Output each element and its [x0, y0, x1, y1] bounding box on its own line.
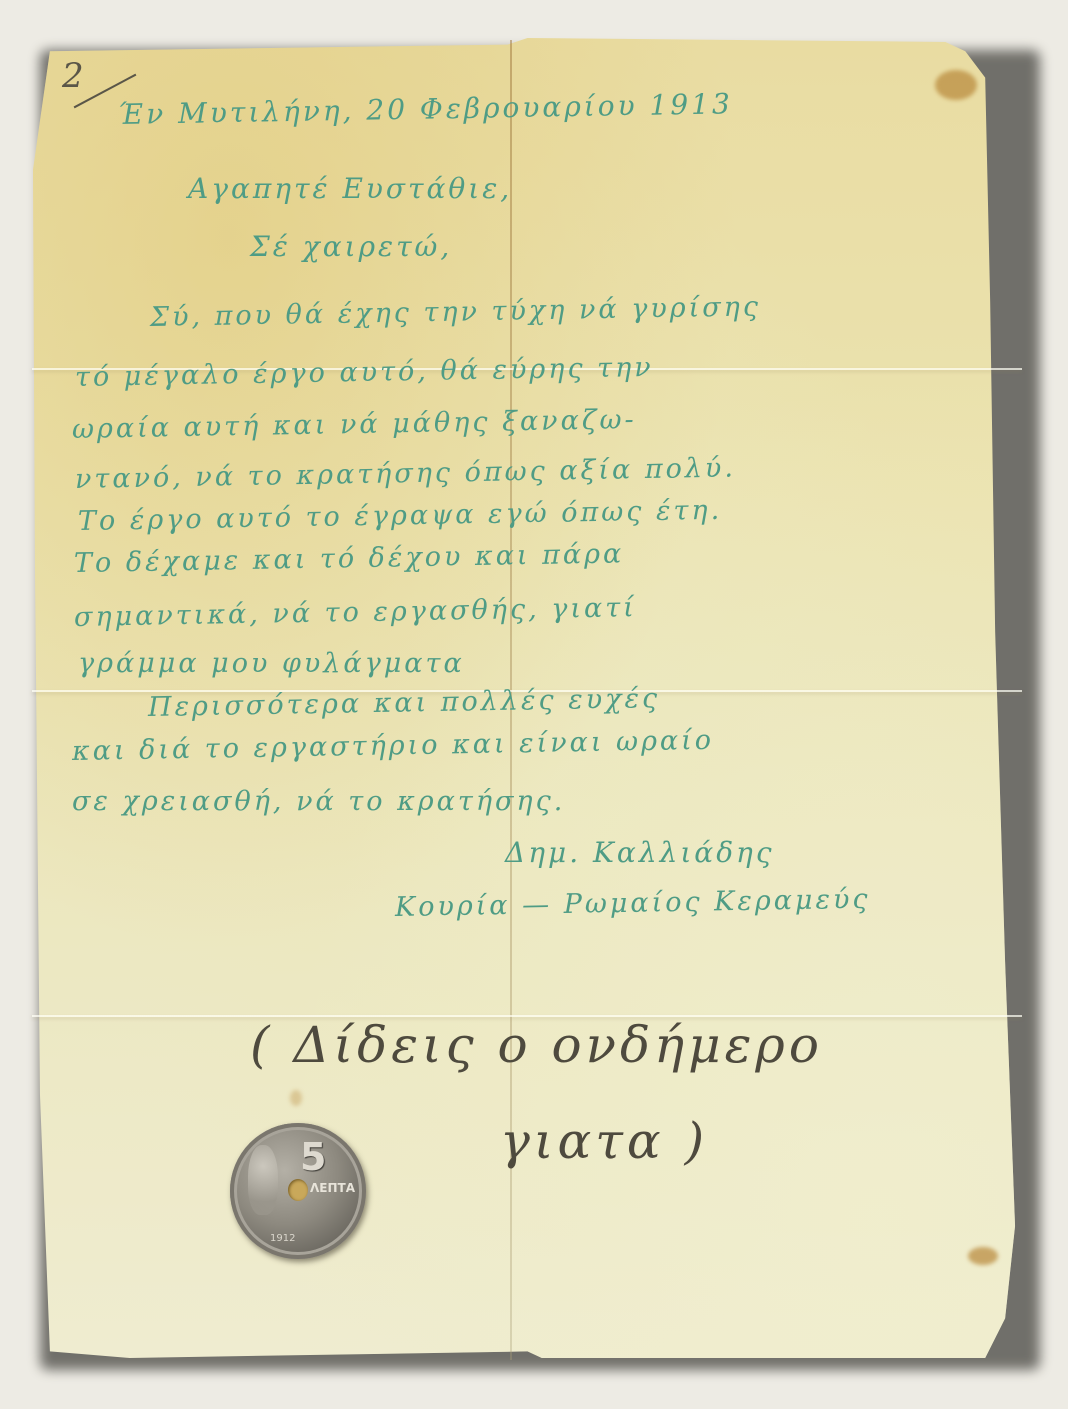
- letter-body-line: γράμμα μου φυλάγματα: [78, 648, 465, 679]
- five-lepta-coin: 5 ΛΕΠΤΑ 1912: [230, 1123, 366, 1259]
- owl-emblem-icon: [248, 1145, 278, 1215]
- letter-greeting: Σέ χαιρετώ,: [250, 230, 452, 263]
- pencil-note-line-2: γιατα ): [500, 1112, 708, 1170]
- age-stain: [935, 70, 977, 100]
- letter-body-line: σε χρειασθή, νά το κρατήσης.: [72, 786, 565, 817]
- coin-center-hole: [288, 1179, 308, 1201]
- pencil-note-line-1: ( Δίδεις ο ονδήμερο: [250, 1016, 823, 1074]
- coin-value: 5: [300, 1135, 326, 1179]
- age-stain: [290, 1090, 302, 1106]
- letter-salutation: Αγαπητέ Ευστάθιε,: [188, 172, 512, 205]
- coin-unit: ΛΕΠΤΑ: [310, 1181, 355, 1195]
- coin-year: 1912: [270, 1233, 295, 1244]
- letter-signature: Δημ. Καλλιάδης: [505, 836, 775, 869]
- age-stain: [968, 1247, 998, 1265]
- page-number: 2: [62, 56, 84, 96]
